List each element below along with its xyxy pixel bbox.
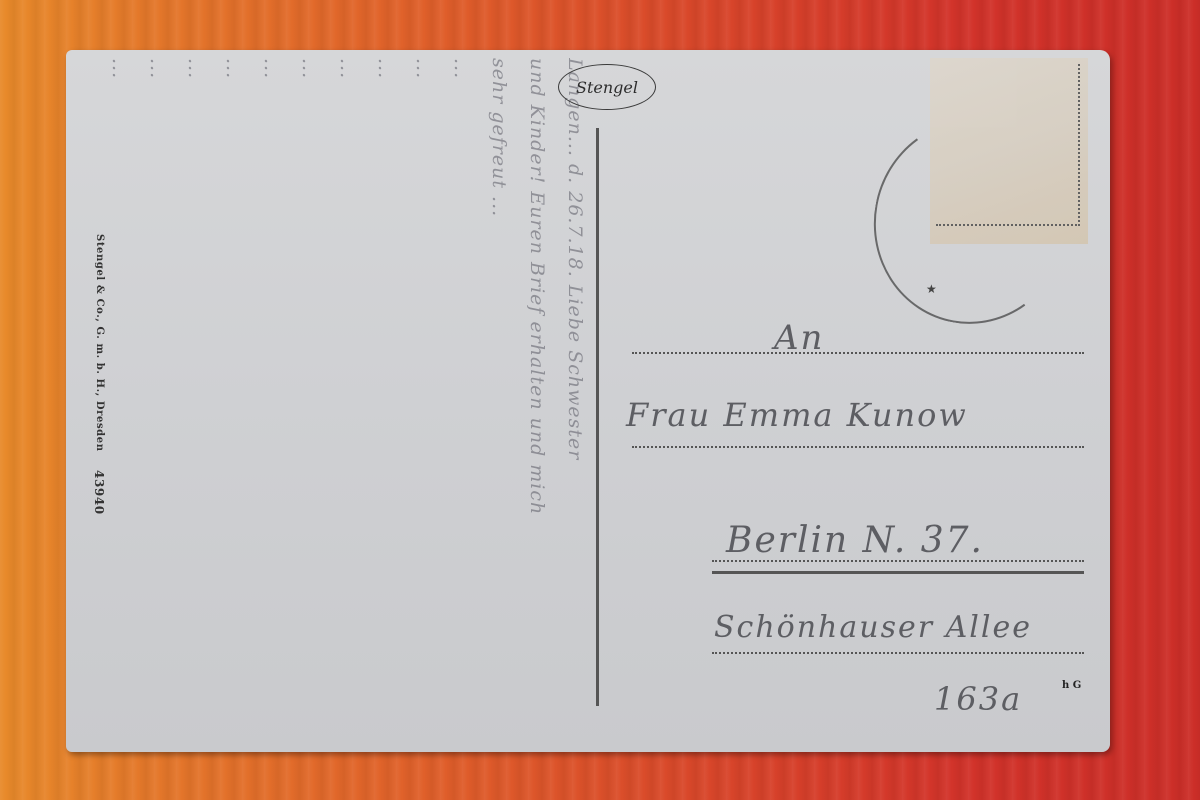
address-street: Schönhauser Allee (714, 610, 1032, 645)
address-line-4 (712, 652, 1084, 654)
message-line: ... (434, 58, 472, 748)
message-line: ... (168, 58, 206, 748)
publisher-logo-text: Stengel (576, 78, 638, 97)
postcard: Langen... d. 26.7.18. Liebe Schwester un… (66, 50, 1110, 752)
printer-mark: h G (1062, 680, 1081, 691)
stamp-residue (930, 58, 1088, 244)
message-line: ... (130, 58, 168, 748)
address-line-1 (632, 352, 1084, 354)
message-line: ... (320, 58, 358, 748)
center-divider (596, 128, 599, 706)
message-line: ... (206, 58, 244, 748)
address-line-3 (712, 560, 1084, 562)
publisher-imprint: Stengel & Co., G. m. b. H., Dresden 4394… (92, 234, 106, 514)
message-line: sehr gefreut ... (472, 58, 510, 748)
city-underline (712, 571, 1084, 574)
message-line: ... (358, 58, 396, 748)
address-recipient: Frau Emma Kunow (626, 396, 968, 434)
address-house-number: 163a (934, 680, 1022, 718)
publisher-name: Stengel & Co., G. m. b. H., Dresden (94, 234, 105, 452)
message-line: ... (244, 58, 282, 748)
address-city: Berlin N. 37. (726, 520, 984, 561)
message-line: ... (282, 58, 320, 748)
message-line: und Kinder! Euren Brief erhalten und mic… (510, 58, 548, 748)
message-line: Langen... d. 26.7.18. Liebe Schwester (548, 58, 586, 748)
catalog-number: 43940 (92, 470, 106, 515)
message-line: ... (396, 58, 434, 748)
address-line-2 (632, 446, 1084, 448)
postmark-star-icon: ★ (926, 282, 937, 296)
handwritten-message: Langen... d. 26.7.18. Liebe Schwester un… (86, 58, 586, 748)
publisher-logo: Stengel (558, 64, 656, 110)
